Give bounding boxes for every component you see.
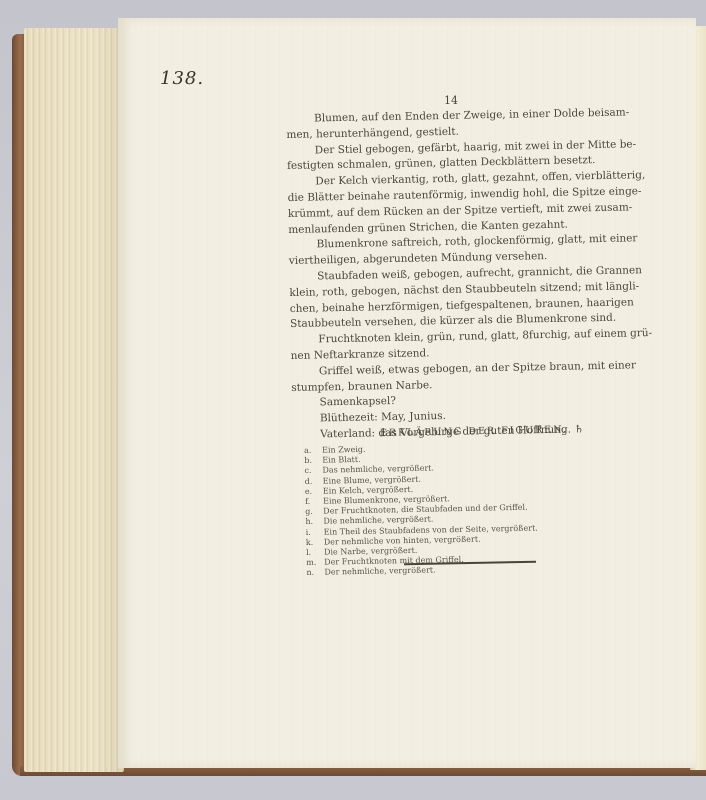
paragraph: Der Kelch vierkantig, roth, glatt, gezah… <box>287 169 634 239</box>
figure-letter: l. <box>306 548 324 559</box>
figure-letter: e. <box>305 486 323 497</box>
figure-letter: d. <box>305 476 323 487</box>
figure-letter: c. <box>304 466 322 477</box>
body-text: Blumen, auf den Enden der Zweige, in ein… <box>286 105 638 443</box>
figure-letter: k. <box>306 537 324 548</box>
paragraph: Staubfaden weiß, gebogen, aufrecht, gran… <box>289 263 636 333</box>
page-stack-edges <box>24 28 124 772</box>
figure-letter: m. <box>306 558 324 569</box>
figure-letter: n. <box>306 568 324 579</box>
handwritten-folio-number: 138. <box>160 68 204 89</box>
figure-letter: g. <box>305 507 323 518</box>
figure-letter: f. <box>305 497 323 508</box>
figure-letter: i. <box>306 527 324 538</box>
figure-letter: h. <box>305 517 323 528</box>
figures-list: a.Ein Zweig.b.Ein Blatt.c.Das nehmliche,… <box>304 441 566 579</box>
figure-letter: a. <box>304 446 322 457</box>
page-number: 14 <box>444 94 458 107</box>
figure-letter: b. <box>304 456 322 467</box>
figure-description: Der nehmliche, vergrößert. <box>324 566 435 578</box>
figure-description: Ein Blatt. <box>322 455 360 466</box>
